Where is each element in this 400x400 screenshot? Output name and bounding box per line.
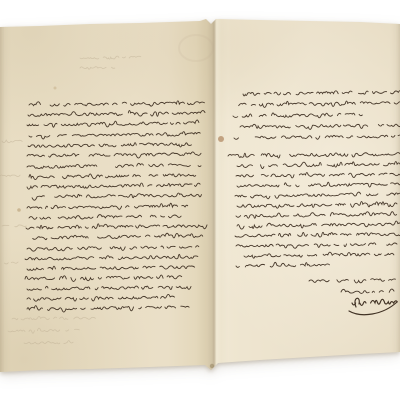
handwriting-line [235, 232, 400, 237]
handwriting-line [24, 341, 73, 344]
handwriting-line [239, 101, 400, 107]
signature-flourish [349, 298, 397, 314]
stain-spots [17, 87, 224, 369]
handwriting-line [234, 135, 400, 139]
stain-spot [218, 136, 224, 142]
left-page-handwriting [25, 101, 207, 312]
handwriting-line [341, 289, 400, 293]
handwriting-line [233, 113, 367, 118]
stain-spot [210, 364, 214, 368]
handwriting-line [33, 233, 203, 239]
seal-ghost-mark [179, 35, 213, 61]
handwriting-line [27, 306, 189, 312]
handwriting-line [2, 140, 22, 143]
handwriting-line [228, 153, 400, 158]
handwriting-line [309, 279, 400, 283]
handwriting-line [2, 225, 26, 227]
handwriting-line [26, 224, 207, 229]
right-page-handwriting [228, 90, 400, 267]
handwriting-line [29, 174, 196, 180]
handwriting-line [236, 243, 397, 248]
handwriting-line [237, 162, 400, 169]
handwriting-line [244, 252, 394, 258]
handwriting-line [27, 183, 200, 189]
handwriting-line [8, 328, 79, 333]
handwriting-line [29, 215, 181, 220]
handwriting-line [28, 111, 205, 117]
letter-paper [0, 0, 400, 400]
handwriting-line [236, 173, 400, 178]
handwriting-line [4, 262, 18, 264]
handwriting-line [27, 246, 199, 252]
stain-spot [17, 208, 21, 212]
bleedthrough-handwriting [0, 56, 141, 344]
handwriting-line [237, 182, 400, 187]
handwriting-line [80, 56, 141, 59]
handwriting-line [236, 262, 330, 267]
letter-photo [0, 0, 400, 400]
handwriting-line [27, 163, 201, 168]
stain-spot [54, 87, 57, 90]
handwriting-line [27, 203, 193, 209]
handwriting-line [243, 90, 400, 95]
closing-handwriting [309, 279, 400, 294]
handwriting-line [0, 175, 20, 177]
handwriting-line [237, 221, 400, 229]
handwriting-line [27, 294, 175, 301]
handwriting-line [32, 193, 201, 200]
handwriting-line [28, 143, 194, 148]
handwriting-line [237, 202, 400, 209]
handwriting-line [25, 275, 182, 281]
handwriting-line [236, 212, 400, 219]
handwriting-line [27, 120, 205, 127]
handwriting-line [27, 266, 195, 271]
handwriting-line [27, 152, 205, 158]
handwriting-line [235, 192, 400, 199]
handwriting-line [29, 101, 204, 106]
handwriting-line [12, 316, 96, 320]
handwriting-line [27, 286, 191, 290]
handwriting-line [80, 67, 115, 69]
handwriting-line [240, 124, 400, 129]
handwriting-line [25, 254, 198, 260]
handwriting-line [29, 132, 200, 139]
handwriting-svg [0, 0, 400, 400]
